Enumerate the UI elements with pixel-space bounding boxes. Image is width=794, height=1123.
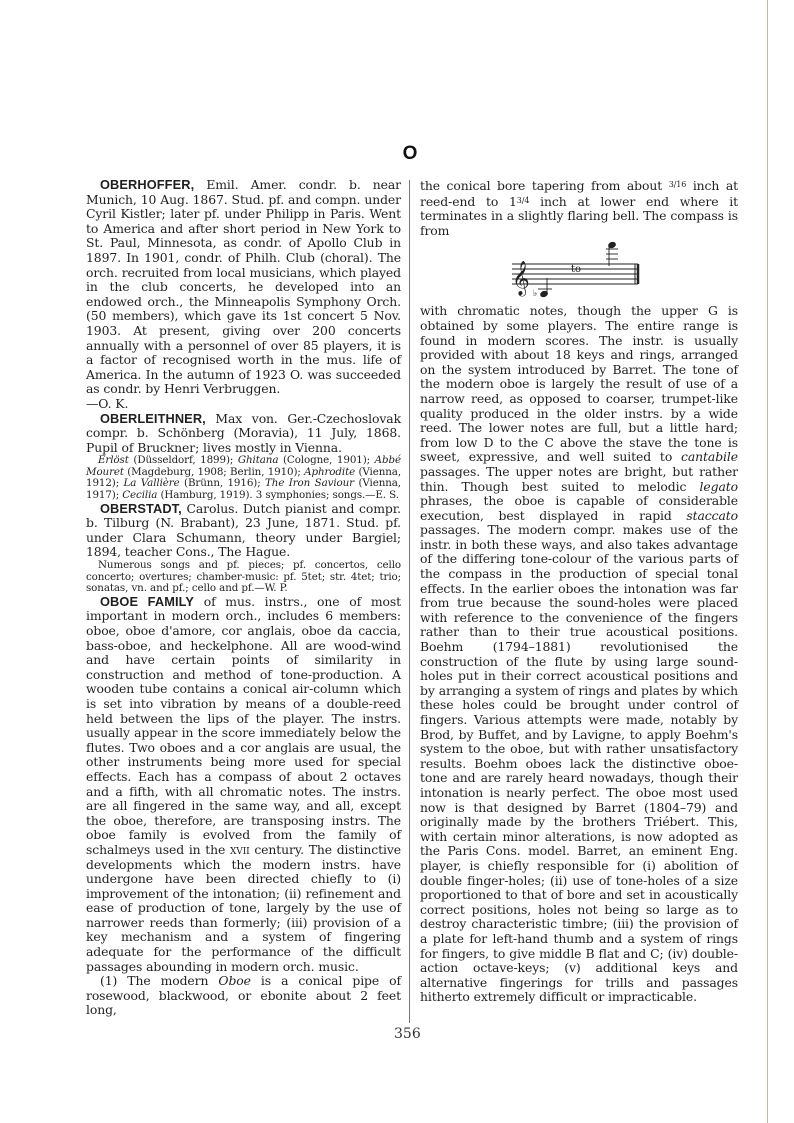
italic-term: staccato bbox=[686, 508, 738, 523]
headword-oberleithner: OBERLEITHNER, bbox=[100, 411, 206, 426]
entry-oboe-family: OBOE FAMILY of mus. instrs., one of most… bbox=[86, 595, 401, 974]
work-title: Erlöst bbox=[98, 454, 129, 466]
signature-ok: —O. K. bbox=[86, 397, 401, 412]
work-title: Aphrodite bbox=[304, 466, 355, 478]
works-tail: 3 symphonies; songs.—E. S. bbox=[256, 489, 399, 501]
work-title: Ghitana bbox=[238, 454, 279, 466]
para-text: with chromatic notes, though the upper G… bbox=[420, 303, 738, 464]
entry-text: Emil. Amer. condr. b. near Munich, 10 Au… bbox=[86, 177, 401, 396]
work-info: (Düsseldorf, 1899); bbox=[129, 454, 238, 466]
staff-notation-icon: ♭ 𝄞 to bbox=[420, 238, 738, 304]
italic-term: Oboe bbox=[218, 973, 250, 988]
italic-term: legato bbox=[700, 479, 738, 494]
music-connector-label: to bbox=[571, 264, 581, 275]
para-text: (1) The modern bbox=[100, 973, 218, 988]
paragraph-continuation: the conical bore tapering from about 3/1… bbox=[420, 178, 738, 238]
paragraph-modern-oboe: (1) The modern Oboe is a conical pipe of… bbox=[86, 974, 401, 1018]
headword-oboe-family: OBOE FAMILY bbox=[100, 594, 194, 609]
fraction-3-16: 3/16 bbox=[669, 180, 687, 189]
work-info: (Magdeburg, 1908; Berlin, 1910); bbox=[124, 466, 304, 478]
para-text: passages. The upper notes are bright, bu… bbox=[420, 464, 738, 494]
headword-oberstadt: OBERSTADT, bbox=[100, 501, 182, 516]
work-title: La Vallière bbox=[124, 477, 180, 489]
paragraph-oboe-description: with chromatic notes, though the upper G… bbox=[420, 304, 738, 1005]
work-title: The Iron Saviour bbox=[265, 477, 354, 489]
right-column: the conical bore tapering from about 3/1… bbox=[420, 178, 738, 1005]
works-list-oberstadt: Numerous songs and pf. pieces; pf. conce… bbox=[86, 560, 401, 595]
italic-term: cantabile bbox=[681, 449, 738, 464]
entry-text: century. The distinctive developments wh… bbox=[86, 842, 401, 974]
headword-oberhoffer: OBERHOFFER, bbox=[100, 177, 194, 192]
svg-text:♭: ♭ bbox=[533, 289, 537, 299]
entry-oberstadt: OBERSTADT, Carolus. Dutch pianist and co… bbox=[86, 502, 401, 560]
para-text: passages. The modern compr. makes use of… bbox=[420, 522, 738, 1004]
work-info: (Hamburg, 1919). bbox=[157, 489, 255, 501]
music-example-compass: ♭ 𝄞 to bbox=[420, 238, 738, 304]
page-number: 356 bbox=[394, 1026, 421, 1042]
work-info: (Cologne, 1901); bbox=[278, 454, 374, 466]
left-column: OBERHOFFER, Emil. Amer. condr. b. near M… bbox=[86, 178, 401, 1018]
works-list-oberleithner: Erlöst (Düsseldorf, 1899); Ghitana (Colo… bbox=[86, 455, 401, 501]
work-info: (Brünn, 1916); bbox=[180, 477, 265, 489]
section-letter-heading: O bbox=[395, 143, 425, 165]
para-text: the conical bore tapering from about bbox=[420, 178, 669, 193]
entry-oberleithner: OBERLEITHNER, Max von. Ger.-Czechoslovak… bbox=[86, 412, 401, 456]
page-edge-line bbox=[767, 0, 768, 1123]
entry-text: of mus. instrs., one of most important i… bbox=[86, 594, 401, 857]
column-divider bbox=[409, 180, 410, 1023]
entry-oberhoffer: OBERHOFFER, Emil. Amer. condr. b. near M… bbox=[86, 178, 401, 397]
svg-text:𝄞: 𝄞 bbox=[512, 261, 530, 297]
century-numeral: xvii bbox=[230, 842, 250, 857]
work-title: Cecilia bbox=[122, 489, 157, 501]
fraction-3-4: 3/4 bbox=[517, 196, 530, 205]
